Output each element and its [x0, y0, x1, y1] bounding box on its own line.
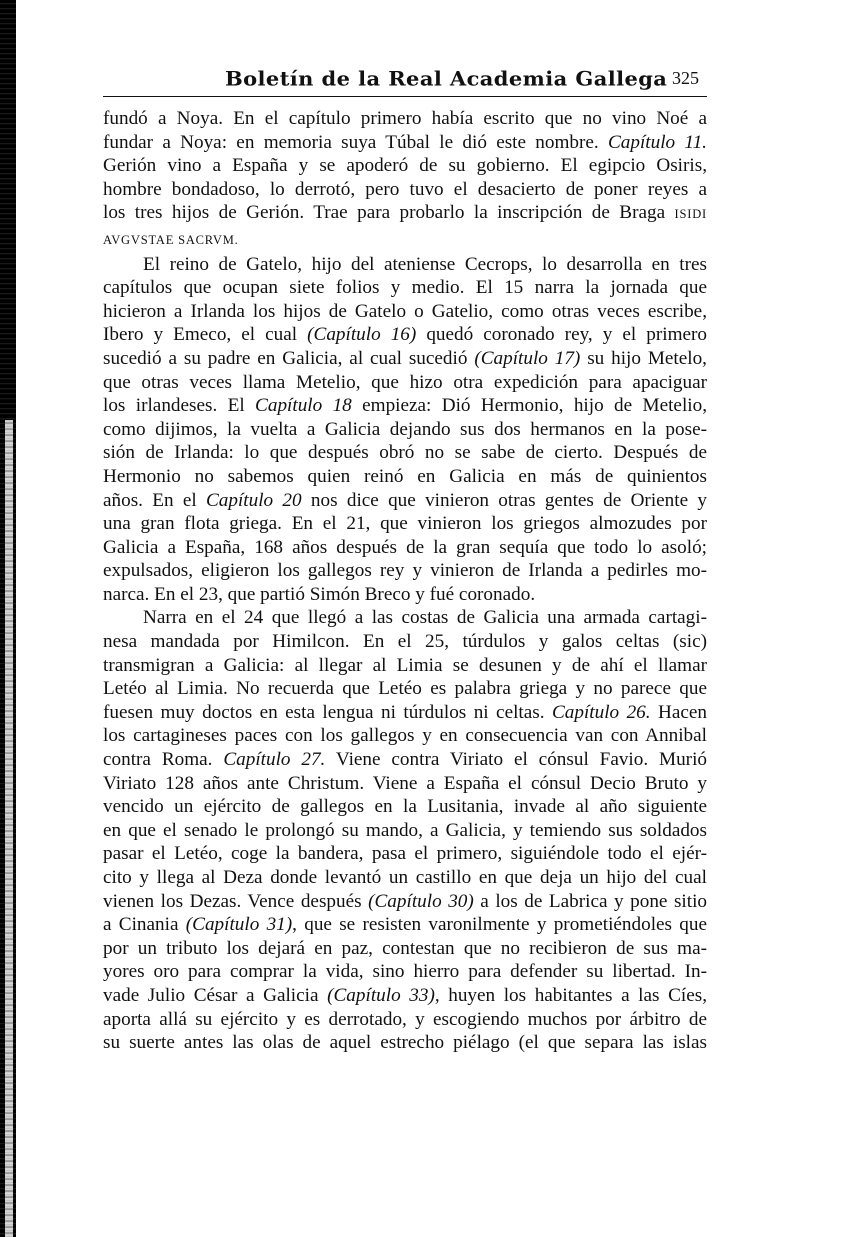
chapter-reference: (Capítulo 33)	[327, 985, 435, 1006]
text-line: Narra en el 24 que llegó a las costas de…	[103, 606, 707, 630]
chapter-reference: (Capítulo 30)	[368, 891, 474, 912]
text-line: sión de Irlanda: lo que después obró no …	[103, 441, 707, 465]
chapter-reference: (Capítulo 31)	[186, 914, 292, 935]
chapter-reference: Capítulo 26.	[552, 702, 651, 723]
text-line: a Cinania (Capítulo 31), que se resisten…	[103, 913, 707, 937]
chapter-reference: Capítulo 20	[206, 490, 302, 511]
text-line: por un tributo los dejará en paz, contes…	[103, 937, 707, 961]
text-line: hombre bondadoso, lo derrotó, pero tuvo …	[103, 178, 707, 202]
journal-title: Boletín de la Real Academia Gallega	[225, 67, 667, 90]
text-line: AVGVSTAE SACRVM.	[103, 227, 707, 253]
text-line: vade Julio César a Galicia (Capítulo 33)…	[103, 984, 707, 1008]
text-line: que otras veces llama Metelio, que hizo …	[103, 371, 707, 395]
inscription-text: AVGVSTAE SACRVM.	[103, 233, 239, 247]
text-line: vencido un ejército de gallegos en la Lu…	[103, 795, 707, 819]
text-line: Viriato 128 años ante Christum. Viene a …	[103, 772, 707, 796]
text-line: fundó a Noya. En el capítulo primero hab…	[103, 107, 707, 131]
text-line: capítulos que ocupan siete folios y medi…	[103, 276, 707, 300]
text-line: expulsados, eligieron los gallegos rey y…	[103, 559, 707, 583]
text-line: vienen los Dezas. Vence después (Capítul…	[103, 890, 707, 914]
inscription-text: ISIDI	[675, 207, 707, 221]
document-page: Boletín de la Real Academia Gallega 325 …	[103, 64, 707, 1055]
text-line: como dijimos, la vuelta a Galicia dejand…	[103, 418, 707, 442]
text-line: sucedió a su padre en Galicia, al cual s…	[103, 347, 707, 371]
paragraph: Narra en el 24 que llegó a las costas de…	[103, 606, 707, 1054]
text-line: en que el senado le prolongó su mando, a…	[103, 819, 707, 843]
scan-binding-edge	[0, 0, 16, 1237]
text-line: narca. En el 23, que partió Simón Breco …	[103, 583, 707, 607]
text-line: su suerte antes las olas de aquel estrec…	[103, 1031, 707, 1055]
body-text: fundó a Noya. En el capítulo primero hab…	[103, 107, 707, 1055]
page-number: 325	[672, 68, 699, 89]
chapter-reference: Capítulo 27.	[223, 749, 325, 770]
text-line: Galicia a España, 168 años después de la…	[103, 536, 707, 560]
text-line: nesa mandada por Himilcon. En el 25, túr…	[103, 630, 707, 654]
chapter-reference: Capítulo 18	[255, 395, 352, 416]
text-line: años. En el Capítulo 20 nos dice que vin…	[103, 489, 707, 513]
text-line: cito y llega al Deza donde levantó un ca…	[103, 866, 707, 890]
chapter-reference: Capítulo 11.	[608, 132, 707, 153]
text-line: El reino de Gatelo, hijo del ateniense C…	[103, 253, 707, 277]
text-line: fuesen muy doctos en esta lengua ni túrd…	[103, 701, 707, 725]
paragraph: fundó a Noya. En el capítulo primero hab…	[103, 107, 707, 253]
text-line: aporta allá su ejército y es derrotado, …	[103, 1008, 707, 1032]
text-line: los cartagineses paces con los gallegos …	[103, 724, 707, 748]
text-line: Ibero y Emeco, el cual (Capítulo 16) que…	[103, 323, 707, 347]
text-line: los irlandeses. El Capítulo 18 empieza: …	[103, 394, 707, 418]
text-line: contra Roma. Capítulo 27. Viene contra V…	[103, 748, 707, 772]
paragraph: El reino de Gatelo, hijo del ateniense C…	[103, 253, 707, 607]
text-line: fundar a Noya: en memoria suya Túbal le …	[103, 131, 707, 155]
text-line: Gerión vino a España y se apoderó de su …	[103, 154, 707, 178]
text-line: hicieron a Irlanda los hijos de Gatelo o…	[103, 300, 707, 324]
text-line: los tres hijos de Gerión. Trae para prob…	[103, 201, 707, 227]
text-line: yores oro para comprar la vida, sino hie…	[103, 960, 707, 984]
text-line: pasar el Letéo, coge la bandera, pasa el…	[103, 842, 707, 866]
text-line: transmigran a Galicia: al llegar al Limi…	[103, 654, 707, 678]
chapter-reference: (Capítulo 16)	[307, 324, 416, 345]
text-line: Letéo al Limia. No recuerda que Letéo es…	[103, 677, 707, 701]
text-line: una gran flota griega. En el 21, que vin…	[103, 512, 707, 536]
chapter-reference: (Capítulo 17)	[474, 348, 580, 369]
text-line: Hermonio no sabemos quien reinó en Galic…	[103, 465, 707, 489]
running-header: Boletín de la Real Academia Gallega 325	[103, 64, 707, 97]
